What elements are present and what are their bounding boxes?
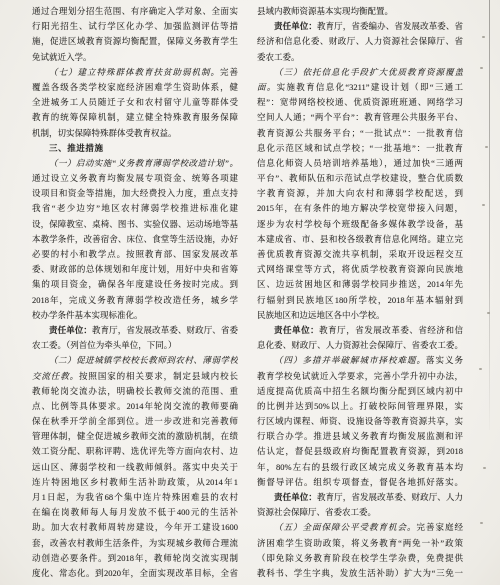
text-segment-body: 覆盖各级各类学校家庭经济困难学生资助体系，健 xyxy=(32,82,238,92)
text-line: 县域内教师资源基本实现均衡配置。 xyxy=(257,4,463,19)
text-line: 适度提高优质高中招生名额均衡分配到区域内初中 xyxy=(257,384,463,399)
text-segment-body: 委农工委。 xyxy=(257,52,300,62)
scanned-document-page: 通过合理划分招生范围、有序确定入学对象、全面实行阳光招生、试行学区化办学、加强监… xyxy=(0,0,500,585)
text-line: 信息化师资人员培训培养基地），通过加快“三通两 xyxy=(257,156,463,171)
text-line: 教育资源公共服务平台；“一批试点”：一批教育信 xyxy=(257,126,463,141)
text-segment-bold: 责任单位： xyxy=(274,325,319,335)
text-segment-body: 在编在岗教师每人每月发放不低于400元的生活补 xyxy=(32,507,238,517)
text-line: 区、边远贫困地区和薄弱学校同步推送，2014年先 xyxy=(257,277,463,292)
text-segment-body: 行阳光招生、试行学区化办学、加强监测评估等措 xyxy=(32,21,238,31)
text-segment-body: 委、财政部的总体规划和年度计划，用好中央和省筹 xyxy=(32,264,238,274)
text-line: 教科书、学生字典，发放生活补助）扩大为“三免一 xyxy=(257,566,463,581)
text-line: 行阳光招生、试行学区化办学、加强监测评估等措 xyxy=(32,19,238,34)
text-segment-body: 免试就近入学。 xyxy=(32,52,92,62)
text-segment-body: 县域内教师资源基本实现均衡配置。 xyxy=(257,6,393,16)
text-segment-body: 2015年，在有条件的地方解决学校宽带接入问题， xyxy=(257,203,463,213)
text-line: 委、财政部的总体规划和年度计划，用好中央和省筹 xyxy=(32,262,238,277)
text-line: 息化委、财政厅、人力资源社会保障厅、省委农工委。 xyxy=(257,338,463,353)
text-segment-body: 空间人人通；“两个平台”：教育管理公共服务平台、 xyxy=(257,112,463,122)
text-segment-body: 全进城务工人员随迁子女和农村留守儿童等群体受 xyxy=(32,97,238,107)
text-line: 远山区、薄弱学校和一线教师倾斜。落实中央关于 xyxy=(32,460,238,475)
text-line: 保在秋季开学前全部到位。进一步改进和完善教师 xyxy=(32,414,238,429)
text-segment-body: 估认定，督促县级政府均衡配置教育资源，到2018 xyxy=(257,446,463,456)
text-segment-kai: （四）多措并举破解城市择校难题。 xyxy=(274,355,426,365)
text-line: 点、比例等具体要求。2014年轮岗交流的教师要确 xyxy=(32,399,238,414)
text-segment-hei: 三、推进措施 xyxy=(49,143,104,153)
text-line: （五）全面保障公平受教育机会。完善家庭经 xyxy=(257,520,463,535)
text-segment-kai: （一）启动实施“义务教育薄弱学校改造计划”。 xyxy=(49,158,238,168)
text-segment-body: 教育厅，省发展改革委、财政厅、省委 xyxy=(92,325,238,335)
text-segment-body: 通过设立义务教育均衡发展专项资金、统筹各项建 xyxy=(32,173,238,183)
text-line: 行联合办学。推进县域义务教育均衡发展监测和评 xyxy=(257,429,463,444)
right-text-column: 县域内教师资源基本实现均衡配置。责任单位：教育厅，省委编办、省发展改革委、省经济… xyxy=(257,4,463,581)
scan-speck xyxy=(479,368,482,370)
text-line: 行区域内课程、师资、设施设备等教育资源共享，实 xyxy=(257,414,463,429)
text-line: 通过合理划分招生范围、有序确定入学对象、全面实 xyxy=(32,4,238,19)
text-segment-body: 集的项目资金，确保各年度建设任务按时完成。到 xyxy=(32,279,238,289)
text-line: 施，促进区域教育资源均衡配置，保障义务教育学生 xyxy=(32,34,238,49)
text-segment-body: 息化示范区域和试点学校；“一批基地”：一批教育 xyxy=(257,143,463,153)
text-segment-kai: 交流任教。 xyxy=(32,371,79,381)
text-line: 度化、常态化。到2020年，全面实现改革目标，全省 xyxy=(32,566,238,581)
text-segment-body: 区、边远贫困地区和薄弱学校同步推送，2014年先 xyxy=(257,279,463,289)
text-segment-body: 远山区、薄弱学校和一线教师倾斜。落实中央关于 xyxy=(32,462,238,472)
text-segment-body: 经济和信息化委、财政厅、人力资源社会保障厅、省 xyxy=(257,36,463,46)
text-line: 动创造必要条件。到2018年，教师轮岗交流实现制 xyxy=(32,551,238,566)
text-segment-bold: 责任单位： xyxy=(274,492,317,502)
text-segment-body: 套，改善农村教师生活条件，为实现城乡教师合理流 xyxy=(32,538,238,548)
text-line: （即免除义务教育阶段在校学生学杂费，免费提供 xyxy=(257,551,463,566)
text-segment-body: 连片特困地区乡村教师生活补助政策，从2014年1 xyxy=(32,477,238,487)
text-segment-body: 助。加大农村教师周转房建设，今年开工建设1600 xyxy=(32,522,238,532)
scan-speck xyxy=(485,146,488,148)
text-segment-body: 农工委。（列首位为牵头单位，下同。） xyxy=(32,340,177,350)
text-segment-bold: 责任单位： xyxy=(274,21,317,31)
text-segment-body: 善优质教育资源交流共享机制，采取开设远程交互 xyxy=(257,249,463,259)
text-line: 民族地区和边远地区各中小学校。 xyxy=(257,308,463,323)
text-line: 免试就近入学。 xyxy=(32,50,238,65)
text-line: 济困难学生资助政策，将义务教育“两免一补”政策 xyxy=(257,536,463,551)
text-line: 套，改善农村教师生活条件，为实现城乡教师合理流 xyxy=(32,536,238,551)
text-line: 责任单位：教育厅，省委编办、省发展改革委、省 xyxy=(257,19,463,34)
text-segment-body: 效工资分配、职称评聘、选优评先等方面向农村、边 xyxy=(32,446,238,456)
text-segment-body: 实施教育信息化“3211”建设计划（即“三通工 xyxy=(277,82,463,92)
text-segment-body: 本建成省、市、县和校各级教育信息化网络。建立完 xyxy=(257,234,463,244)
text-segment-body: 行联合办学。推进县域义务教育均衡发展监测和评 xyxy=(257,431,463,441)
text-segment-body: 按照国家的相关要求，制定县域内校长 xyxy=(79,371,238,381)
text-line: （二）促进城镇学校校长教师到农村、薄弱学校 xyxy=(32,353,238,368)
text-segment-body: 校办学条件基本实现标准化。 xyxy=(32,310,143,320)
text-line: 责任单位：教育厅，省发展改革委、省经济和信 xyxy=(257,323,463,338)
text-line: 本建成省、市、县和校各级教育信息化网络。建立完 xyxy=(257,232,463,247)
text-line: （一）启动实施“义务教育薄弱学校改造计划”。 xyxy=(32,156,238,171)
text-line: 年，80%左右的县级行政区域完成义务教育基本均 xyxy=(257,460,463,475)
text-segment-body: 年，80%左右的县级行政区域完成义务教育基本均 xyxy=(257,462,463,472)
text-line: 设，保障教室、桌椅、图书、实验仪器、运动场地等基 xyxy=(32,217,238,232)
text-line: 月1日起，为我省68个集中连片特殊困难县的农村 xyxy=(32,490,238,505)
text-line: 交流任教。按照国家的相关要求，制定县域内校长 xyxy=(32,369,238,384)
text-segment-body: 教育资源公共服务平台；“一批试点”：一批教育信 xyxy=(257,128,463,138)
text-line: 逐步为农村学校每个班级配备多媒体教学设备，基 xyxy=(257,217,463,232)
text-line: 集的项目资金，确保各年度建设任务按时完成。到 xyxy=(32,277,238,292)
text-line: 字教育资源，并加大向农村和薄弱学校配送，到 xyxy=(257,186,463,201)
text-segment-body: 行辐射到民族地区180所学校，2018年基本辐射到 xyxy=(257,295,463,305)
text-line: 2015年，在有条件的地方解决学校宽带接入问题， xyxy=(257,201,463,216)
text-line: （四）多措并举破解城市择校难题。落实义务 xyxy=(257,353,463,368)
text-segment-body: 的比例并达到50%以上。打破校际间管理界限，实 xyxy=(257,401,463,411)
text-segment-body: （即免除义务教育阶段在校学生学杂费，免费提供 xyxy=(257,553,463,563)
text-segment-body: 机制，切实保障特殊群体受教育权益。 xyxy=(32,128,177,138)
text-segment-body: 我省“老少边穷”地区农村薄弱学校推进标准化建 xyxy=(32,203,238,213)
text-segment-body: 衡督导评估。组织专项督查，督促各地抓好落实。 xyxy=(257,477,463,487)
text-line: 估认定，督促县级政府均衡配置教育资源，到2018 xyxy=(257,444,463,459)
text-line: 经济和信息化委、财政厅、人力资源社会保障厅、省 xyxy=(257,34,463,49)
text-line: 我省“老少边穷”地区农村薄弱学校推进标准化建 xyxy=(32,201,238,216)
text-line: 农工委。（列首位为牵头单位，下同。） xyxy=(32,338,238,353)
scan-speck xyxy=(482,36,485,38)
text-segment-body: 本教学条件，改善宿舍、床位、食堂等生活设施，办好 xyxy=(32,234,238,244)
text-line: 三、推进措施 xyxy=(32,141,238,156)
text-line: 管理体制，健全促进城乡教师交流的激励机制，在绩 xyxy=(32,429,238,444)
text-segment-body: 2018年，完成义务教育薄弱学校改造任务，城乡学 xyxy=(32,295,238,305)
text-line: 平台”、教师队伍和示范试点学校建设，整合优质数 xyxy=(257,171,463,186)
text-segment-body: 程”：宽带网络校校通、优质资源班班通、网络学习 xyxy=(257,97,463,107)
text-line: 行辐射到民族地区180所学校，2018年基本辐射到 xyxy=(257,293,463,308)
text-segment-body: 管理体制，健全促进城乡教师交流的激励机制，在绩 xyxy=(32,431,238,441)
text-segment-body: 式网络课堂等方式，将优质学校教育资源向民族地 xyxy=(257,264,463,274)
text-line: 全进城务工人员随迁子女和农村留守儿童等群体受 xyxy=(32,95,238,110)
text-segment-body: 教育厅，省发展改革委、省经济和信 xyxy=(319,325,463,335)
text-segment-body: 字教育资源，并加大向农村和薄弱学校配送，到 xyxy=(257,188,463,198)
text-segment-body: 月1日起，为我省68个集中连片特殊困难县的农村 xyxy=(32,492,238,502)
text-line: 息化示范区域和试点学校；“一批基地”：一批教育 xyxy=(257,141,463,156)
text-line: 设项目和资金等措施，加大经费投入力度，重点支持 xyxy=(32,186,238,201)
text-segment-body: 教育学校免试就近入学要求，完善小学升初中办法， xyxy=(257,371,463,381)
text-segment-body: 设，保障教室、桌椅、图书、实验仪器、运动场地等基 xyxy=(32,219,238,229)
text-line: 教育的统筹保障机制，建立健全特殊教育服务保障 xyxy=(32,110,238,125)
text-segment-body: 必要的村小和教学点。按照教育部、国家发展改革 xyxy=(32,249,238,259)
scan-speck xyxy=(480,522,483,524)
text-line: 校办学条件基本实现标准化。 xyxy=(32,308,238,323)
text-segment-body: 完善家庭经 xyxy=(416,522,463,532)
text-line: （七）建立特殊群体教育扶贫助弱机制。完善 xyxy=(32,65,238,80)
text-line: 程”：宽带网络校校通、优质资源班班通、网络学习 xyxy=(257,95,463,110)
text-line: 的比例并达到50%以上。打破校际间管理界限，实 xyxy=(257,399,463,414)
text-segment-body: 教师轮岗交流办法，明确校长教师交流的范围、重 xyxy=(32,386,238,396)
text-line: 助。加大农村教师周转房建设，今年开工建设1600 xyxy=(32,520,238,535)
text-segment-body: 动创造必要条件。到2018年，教师轮岗交流实现制 xyxy=(32,553,238,563)
text-segment-body: 落实义务 xyxy=(426,355,463,365)
text-segment-body: 济困难学生资助政策，将义务教育“两免一补”政策 xyxy=(257,538,463,548)
scan-speck xyxy=(482,204,485,206)
text-segment-body: 资源社会保障厅、省委农工委。 xyxy=(257,507,376,517)
text-segment-body: 信息化师资人员培训培养基地），通过加快“三通两 xyxy=(257,158,463,168)
text-line: 委农工委。 xyxy=(257,50,463,65)
text-segment-body: 息化委、财政厅、人力资源社会保障厅、省委农工委。 xyxy=(257,340,463,350)
text-line: 2018年，完成义务教育薄弱学校改造任务，城乡学 xyxy=(32,293,238,308)
text-segment-body: 施，促进区域教育资源均衡配置，保障义务教育学生 xyxy=(32,36,238,46)
page-edge-line xyxy=(489,0,490,430)
text-line: 机制，切实保障特殊群体受教育权益。 xyxy=(32,126,238,141)
left-text-column: 通过合理划分招生范围、有序确定入学对象、全面实行阳光招生、试行学区化办学、加强监… xyxy=(32,4,238,581)
text-line: 空间人人通；“两个平台”：教育管理公共服务平台、 xyxy=(257,110,463,125)
scan-speck xyxy=(480,67,483,69)
text-line: 必要的村小和教学点。按照教育部、国家发展改革 xyxy=(32,247,238,262)
text-line: 连片特困地区乡村教师生活补助政策，从2014年1 xyxy=(32,475,238,490)
text-segment-kai: （二）促进城镇学校校长教师到农村、薄弱学校 xyxy=(49,355,238,365)
text-segment-body: 行区域内课程、师资、设施设备等教育资源共享，实 xyxy=(257,416,463,426)
text-segment-body: 教育的统筹保障机制，建立健全特殊教育服务保障 xyxy=(32,112,238,122)
text-line: 覆盖各级各类学校家庭经济困难学生资助体系，健 xyxy=(32,80,238,95)
text-segment-kai: 面。 xyxy=(257,82,277,92)
text-line: 教育学校免试就近入学要求，完善小学升初中办法， xyxy=(257,369,463,384)
text-line: 式网络课堂等方式，将优质学校教育资源向民族地 xyxy=(257,262,463,277)
text-segment-body: 保在秋季开学前全部到位。进一步改进和完善教师 xyxy=(32,416,238,426)
text-segment-body: 完善 xyxy=(220,67,238,77)
text-segment-kai: （五）全面保障公平受教育机会。 xyxy=(274,522,416,532)
scan-speck xyxy=(487,312,490,314)
text-segment-body: 教育厅，省委编办、省发展改革委、省 xyxy=(317,21,463,31)
text-line: 通过设立义务教育均衡发展专项资金、统筹各项建 xyxy=(32,171,238,186)
text-line: 教师轮岗交流办法，明确校长教师交流的范围、重 xyxy=(32,384,238,399)
text-segment-body: 教育厅，省发展改革委、财政厅、人力 xyxy=(317,492,463,502)
text-line: 本教学条件，改善宿舍、床位、食堂等生活设施，办好 xyxy=(32,232,238,247)
text-line: （三）依托信息化手段扩大优质教育资源覆盖 xyxy=(257,65,463,80)
text-line: 善优质教育资源交流共享机制，采取开设远程交互 xyxy=(257,247,463,262)
text-line: 面。实施教育信息化“3211”建设计划（即“三通工 xyxy=(257,80,463,95)
text-line: 衡督导评估。组织专项督查，督促各地抓好落实。 xyxy=(257,475,463,490)
text-line: 效工资分配、职称评聘、选优评先等方面向农村、边 xyxy=(32,444,238,459)
text-segment-body: 通过合理划分招生范围、有序确定入学对象、全面实 xyxy=(32,6,238,16)
scan-speck xyxy=(483,467,486,469)
text-line: 在编在岗教师每人每月发放不低于400元的生活补 xyxy=(32,505,238,520)
text-segment-body: 民族地区和边远地区各中小学校。 xyxy=(257,310,385,320)
text-segment-kai: （三）依托信息化手段扩大优质教育资源覆盖 xyxy=(274,67,463,77)
text-segment-body: 适度提高优质高中招生名额均衡分配到区域内初中 xyxy=(257,386,463,396)
text-line: 责任单位：教育厅，省发展改革委、财政厅、省委 xyxy=(32,323,238,338)
text-segment-bold: 责任单位： xyxy=(49,325,92,335)
text-segment-kai: （七）建立特殊群体教育扶贫助弱机制。 xyxy=(49,67,220,77)
text-line: 资源社会保障厅、省委农工委。 xyxy=(257,505,463,520)
text-segment-body: 平台”、教师队伍和示范试点学校建设，整合优质数 xyxy=(257,173,463,183)
text-segment-body: 设项目和资金等措施，加大经费投入力度，重点支持 xyxy=(32,188,238,198)
text-segment-body: 逐步为农村学校每个班级配备多媒体教学设备，基 xyxy=(257,219,463,229)
text-segment-body: 度化、常态化。到2020年，全面实现改革目标，全省 xyxy=(32,568,238,578)
text-line: 责任单位：教育厅，省发展改革委、财政厅、人力 xyxy=(257,490,463,505)
text-segment-body: 教科书、学生字典，发放生活补助）扩大为“三免一 xyxy=(257,568,463,578)
text-segment-body: 点、比例等具体要求。2014年轮岗交流的教师要确 xyxy=(32,401,238,411)
